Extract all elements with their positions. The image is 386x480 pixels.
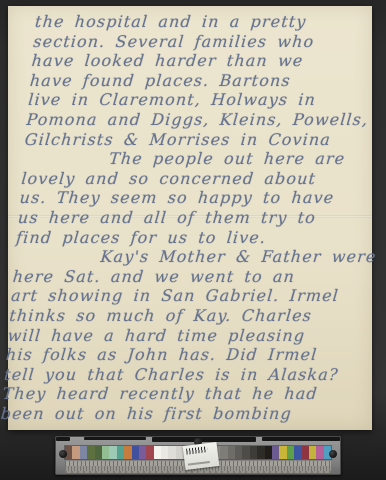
letter-line: art showing in San Gabriel. Irmel (10, 286, 362, 306)
color-patch (235, 446, 242, 459)
letter-paper: the hospital and in a prettysection. Sev… (8, 6, 372, 430)
color-patch (257, 446, 264, 459)
letter-line: here Sat. and we went to an (12, 267, 364, 287)
letter-line: will have a hard time pleasing (7, 326, 359, 346)
color-patch (80, 446, 87, 459)
color-patch (265, 446, 272, 459)
bar-top-tab (152, 437, 256, 442)
letter-line: live in Claremont, Holways in (27, 90, 379, 110)
letter-line: us here and all of them try to (17, 208, 369, 228)
color-patch (95, 446, 102, 459)
color-patch (294, 446, 301, 459)
bar-corner-tab-right (326, 437, 340, 441)
bar-corner-tab-left (56, 437, 70, 441)
color-patch (161, 446, 168, 459)
fine-print-row (65, 471, 331, 473)
color-patch (228, 446, 235, 459)
color-patch (279, 446, 286, 459)
letter-line: section. Several families who (33, 32, 385, 52)
letter-line: lovely and so concerned about (21, 169, 373, 189)
letter-line: been out on his first bombing (0, 404, 352, 424)
letter-line: have found places. Bartons (29, 71, 381, 91)
letter-line: Pomona and Diggs, Kleins, Powells, (26, 110, 378, 130)
barcode-lines (186, 446, 208, 455)
letter-line: find places for us to live. (15, 228, 367, 248)
color-patch (146, 446, 153, 459)
bar-top-tab (84, 437, 146, 440)
letter-line: the hospital and in a pretty (34, 12, 386, 32)
letter-line: They heard recently that he had (2, 384, 354, 404)
screw-left-icon (59, 450, 67, 458)
color-patch (302, 446, 309, 459)
color-patch (109, 446, 116, 459)
letter-line: have looked harder than we (31, 51, 383, 71)
color-patch (124, 446, 131, 459)
color-patch (139, 446, 146, 459)
letter-line: Kay's Mother & Father were (14, 247, 366, 267)
color-patch (220, 446, 227, 459)
letter-line: us. They seem so happy to have (19, 188, 371, 208)
color-patch (242, 446, 249, 459)
scanned-letter-page: the hospital and in a prettysection. Sev… (0, 0, 386, 480)
letter-line: thinks so much of Kay. Charles (9, 306, 361, 326)
color-patch (154, 446, 161, 459)
color-patch (250, 446, 257, 459)
color-patch (87, 446, 94, 459)
barcode-label (183, 442, 220, 470)
color-patch (132, 446, 139, 459)
screw-right-icon (329, 450, 337, 458)
letter-line: tell you that Charles is in Alaska? (3, 365, 355, 385)
color-patch (117, 446, 124, 459)
color-patch (168, 446, 175, 459)
color-patch (287, 446, 294, 459)
color-patch (102, 446, 109, 459)
color-patch (316, 446, 323, 459)
letter-line: The people out here are (22, 149, 374, 169)
letter-line: Gilchrists & Morrises in Covina (24, 130, 376, 150)
color-patch (309, 446, 316, 459)
letter-line: his folks as John has. Did Irmel (5, 345, 357, 365)
color-calibration-bar (55, 436, 341, 475)
color-patch (272, 446, 279, 459)
color-patch (72, 446, 79, 459)
barcode-underline (188, 461, 210, 466)
letter-text: the hospital and in a prettysection. Sev… (0, 12, 386, 423)
